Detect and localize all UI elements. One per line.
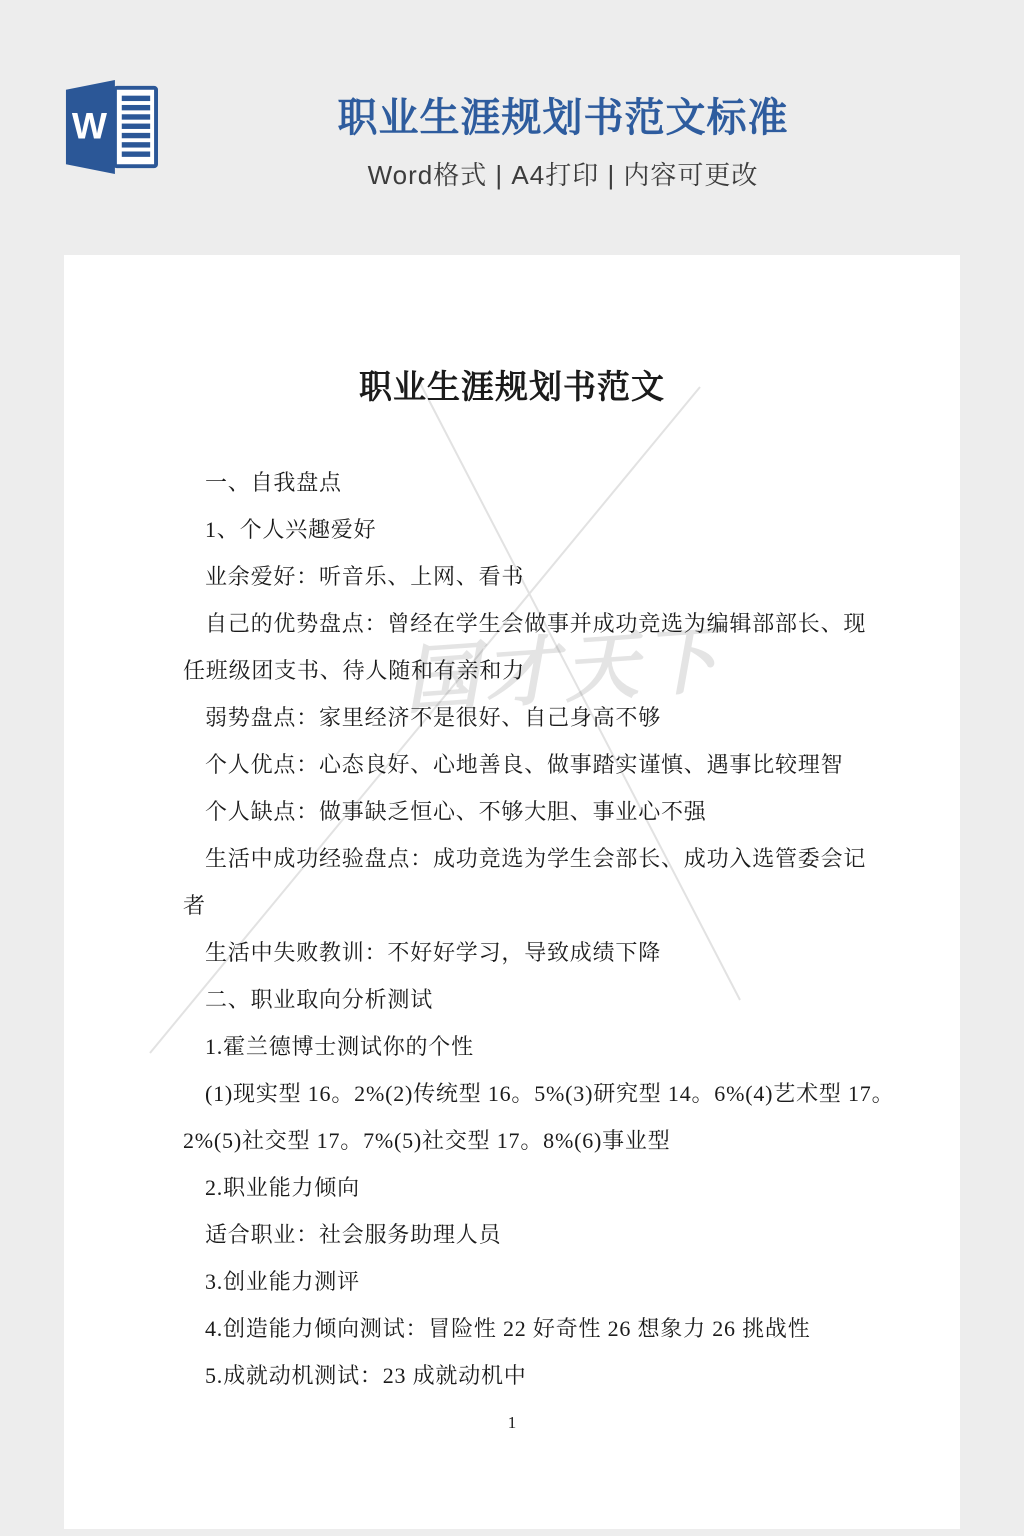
doc-line: 5.成就动机测试：23 成就动机中 xyxy=(183,1352,896,1399)
template-subtitle: Word格式 | A4打印 | 内容可更改 xyxy=(160,158,966,192)
doc-line: 适合职业：社会服务助理人员 xyxy=(183,1211,896,1258)
screenshot-root: { "colors": { "word_blue": "#2B5797", "h… xyxy=(0,0,1024,1536)
document-page: 国才天下 职业生涯规划书范文 一、自我盘点 1、个人兴趣爱好 业余爱好：听音乐、… xyxy=(64,255,960,1529)
doc-line: 业余爱好：听音乐、上网、看书 xyxy=(183,553,896,600)
doc-line: 4.创造能力倾向测试：冒险性 22 好奇性 26 想象力 26 挑战性 xyxy=(183,1305,896,1352)
doc-line: 1、个人兴趣爱好 xyxy=(183,506,896,553)
doc-line: (1)现实型 16。2%(2)传统型 16。5%(3)研究型 14。6%(4)艺… xyxy=(183,1070,896,1117)
doc-line: 生活中成功经验盘点：成功竞选为学生会部长、成功入选管委会记 xyxy=(183,835,896,882)
doc-line: 二、职业取向分析测试 xyxy=(183,976,896,1023)
doc-line: 个人缺点：做事缺乏恒心、不够大胆、事业心不强 xyxy=(183,788,896,835)
doc-line: 弱势盘点：家里经济不是很好、自己身高不够 xyxy=(183,694,896,741)
word-icon: W xyxy=(64,78,158,176)
page-number: 1 xyxy=(64,1411,960,1435)
doc-line: 2%(5)社交型 17。7%(5)社交型 17。8%(6)事业型 xyxy=(183,1117,896,1164)
doc-line: 一、自我盘点 xyxy=(183,459,896,506)
template-header: W 职业生涯规划书范文标准 Word格式 | A4打印 | 内容可更改 xyxy=(0,0,1024,255)
doc-line: 1.霍兰德博士测试你的个性 xyxy=(183,1023,896,1070)
doc-line: 3.创业能力测评 xyxy=(183,1258,896,1305)
doc-line: 任班级团支书、待人随和有亲和力 xyxy=(183,647,896,694)
doc-line: 自己的优势盘点：曾经在学生会做事并成功竞选为编辑部部长、现 xyxy=(183,600,896,647)
doc-line: 2.职业能力倾向 xyxy=(183,1164,896,1211)
document-body: 一、自我盘点 1、个人兴趣爱好 业余爱好：听音乐、上网、看书 自己的优势盘点：曾… xyxy=(64,459,960,1399)
template-title: 职业生涯规划书范文标准 xyxy=(160,94,966,142)
doc-line: 生活中失败教训：不好好学习，导致成绩下降 xyxy=(183,929,896,976)
doc-line: 个人优点：心态良好、心地善良、做事踏实谨慎、遇事比较理智 xyxy=(183,741,896,788)
document-title: 职业生涯规划书范文 xyxy=(64,367,960,409)
word-icon-letter: W xyxy=(72,105,108,147)
doc-line: 者 xyxy=(183,882,896,929)
